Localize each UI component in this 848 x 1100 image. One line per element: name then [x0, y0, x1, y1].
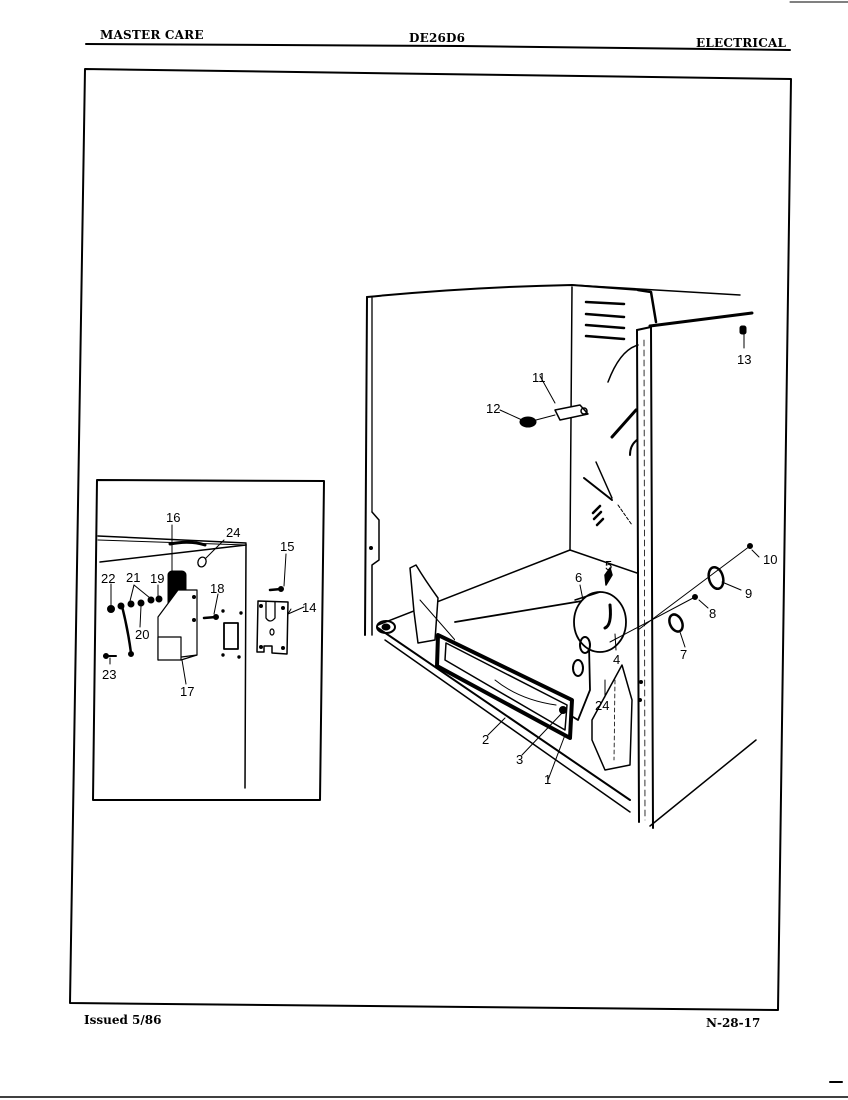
callout-13: 13 [737, 352, 751, 367]
callout-3: 3 [516, 752, 523, 767]
callout-5: 5 [605, 558, 612, 573]
callout-6: 6 [575, 570, 582, 585]
callout-24-inset: 24 [226, 525, 240, 540]
callout-23: 23 [102, 667, 116, 682]
callout-20: 20 [135, 627, 149, 642]
main-cabinet-view [365, 285, 759, 828]
callout-10: 10 [763, 552, 777, 567]
callout-9: 9 [745, 586, 752, 601]
callout-1: 1 [544, 772, 551, 787]
callout-12: 12 [486, 401, 500, 416]
exploded-parts-diagram: 1 2 3 4 5 6 7 8 9 10 11 12 13 24 14 15 1… [0, 0, 848, 1100]
callout-24-main: 24 [595, 698, 609, 713]
callout-11: 11 [532, 370, 546, 385]
callout-21: 21 [126, 570, 140, 585]
callout-4: 4 [613, 652, 620, 667]
callout-8: 8 [709, 606, 716, 621]
callout-2: 2 [482, 732, 489, 747]
callout-14: 14 [302, 600, 316, 615]
callout-17: 17 [180, 684, 194, 699]
header-rules [86, 2, 848, 50]
callout-22: 22 [101, 571, 115, 586]
inset-view [93, 480, 324, 800]
callout-7: 7 [680, 647, 687, 662]
callout-16: 16 [166, 510, 180, 525]
callout-15: 15 [280, 539, 294, 554]
callout-19: 19 [150, 571, 164, 586]
callout-18: 18 [210, 581, 224, 596]
